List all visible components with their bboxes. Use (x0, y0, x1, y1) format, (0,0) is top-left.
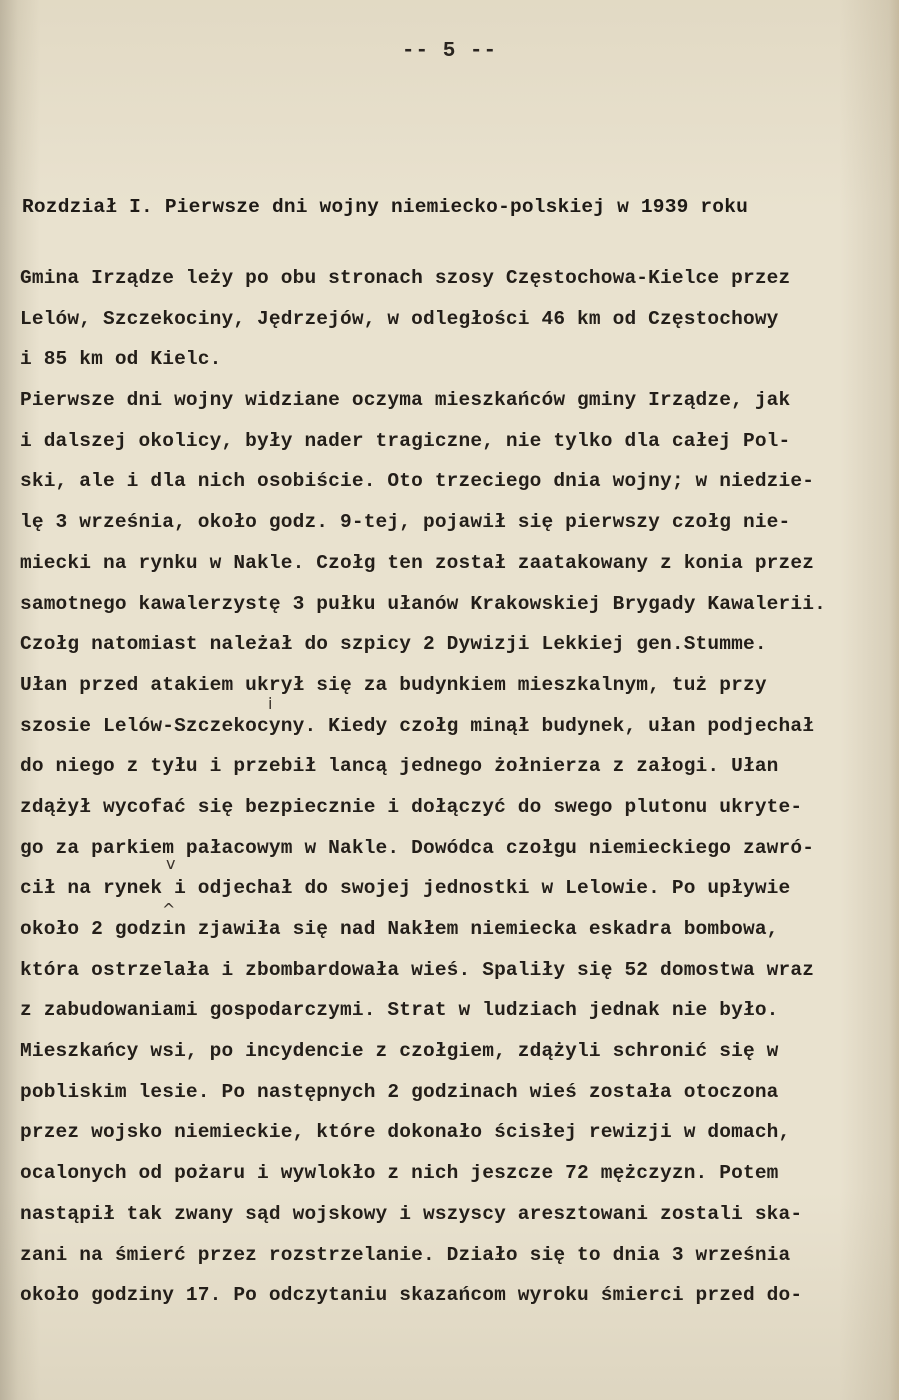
text-line: ski, ale i dla nich osobiście. Oto trzec… (20, 461, 880, 502)
text-line: szosie Lelów-Szczekocyny. Kiedy czołg mi… (20, 706, 880, 747)
chapter-title: Rozdział I. Pierwsze dni wojny niemiecko… (22, 196, 748, 218)
text-line: Czołg natomiast należał do szpicy 2 Dywi… (20, 624, 880, 665)
text-line: około godziny 17. Po odczytaniu skazańco… (20, 1275, 880, 1316)
text-line: zani na śmierć przez rozstrzelanie. Dzia… (20, 1235, 880, 1276)
text-line: lę 3 września, około godz. 9-tej, pojawi… (20, 502, 880, 543)
document-page: -- 5 -- Rozdział I. Pierwsze dni wojny n… (0, 0, 899, 1400)
text-line: ocalonych od pożaru i wywlokło z nich je… (20, 1153, 880, 1194)
body-text: Gmina Irządze leży po obu stronach szosy… (20, 258, 880, 1316)
text-line: która ostrzelała i zbombardowała wieś. S… (20, 950, 880, 991)
handwritten-correction-mark: i (268, 694, 272, 713)
handwritten-correction-mark: v (166, 854, 175, 873)
text-line: samotnego kawalerzystę 3 pułku ułanów Kr… (20, 584, 880, 625)
page-edge-shadow (889, 0, 899, 1400)
text-line: przez wojsko niemieckie, które dokonało … (20, 1112, 880, 1153)
text-line: nastąpił tak zwany sąd wojskowy i wszysc… (20, 1194, 880, 1235)
text-line: i dalszej okolicy, były nader tragiczne,… (20, 421, 880, 462)
text-line: Mieszkańcy wsi, po incydencie z czołgiem… (20, 1031, 880, 1072)
text-line: go za parkiem pałacowym w Nakle. Dowódca… (20, 828, 880, 869)
text-line: Lelów, Szczekociny, Jędrzejów, w odległo… (20, 299, 880, 340)
text-line: około 2 godzin zjawiła się nad Nakłem ni… (20, 909, 880, 950)
text-line: do niego z tyłu i przebił lancą jednego … (20, 746, 880, 787)
text-line: cił na rynek i odjechał do swojej jednos… (20, 868, 880, 909)
text-line: miecki na rynku w Nakle. Czołg ten zosta… (20, 543, 880, 584)
text-line: z zabudowaniami gospodarczymi. Strat w l… (20, 990, 880, 1031)
text-line: Ułan przed atakiem ukrył się za budynkie… (20, 665, 880, 706)
text-line: zdążył wycofać się bezpiecznie i dołączy… (20, 787, 880, 828)
text-line: Gmina Irządze leży po obu stronach szosy… (20, 258, 880, 299)
handwritten-caret-mark: ^ (162, 900, 175, 919)
text-line: pobliskim lesie. Po następnych 2 godzina… (20, 1072, 880, 1113)
page-number: -- 5 -- (0, 40, 899, 63)
text-line: Pierwsze dni wojny widziane oczyma miesz… (20, 380, 880, 421)
text-line: i 85 km od Kielc. (20, 339, 880, 380)
